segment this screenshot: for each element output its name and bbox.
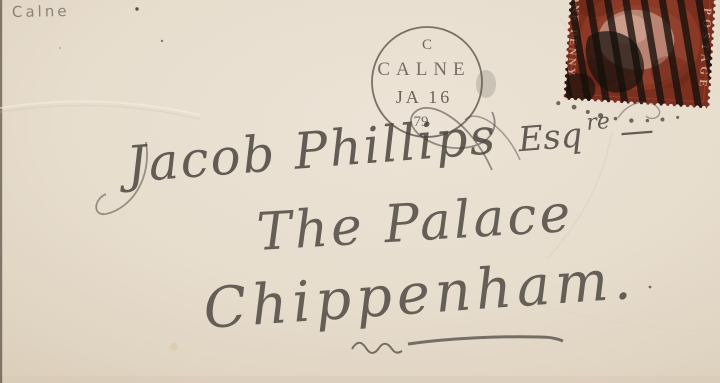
bottom-edge-shading xyxy=(0,376,720,383)
postmark-town: CALNE xyxy=(377,59,470,80)
postmark-date: JA 16 xyxy=(396,87,453,107)
pencil-note: Calne xyxy=(12,2,70,21)
recipient-title-superscript: re xyxy=(585,109,610,136)
postmark-index-letter: C xyxy=(422,37,432,53)
photo-left-edge xyxy=(0,0,2,383)
postmark-smudge xyxy=(476,70,496,98)
recipient-title: Esq xyxy=(516,115,584,160)
envelope-scan: Calne C CALNE JA 16 79 ONE PENNY POSTAGE xyxy=(0,0,720,383)
title-dash: — xyxy=(618,110,655,153)
envelope-photo: Calne C CALNE JA 16 79 ONE PENNY POSTAGE xyxy=(0,0,720,383)
